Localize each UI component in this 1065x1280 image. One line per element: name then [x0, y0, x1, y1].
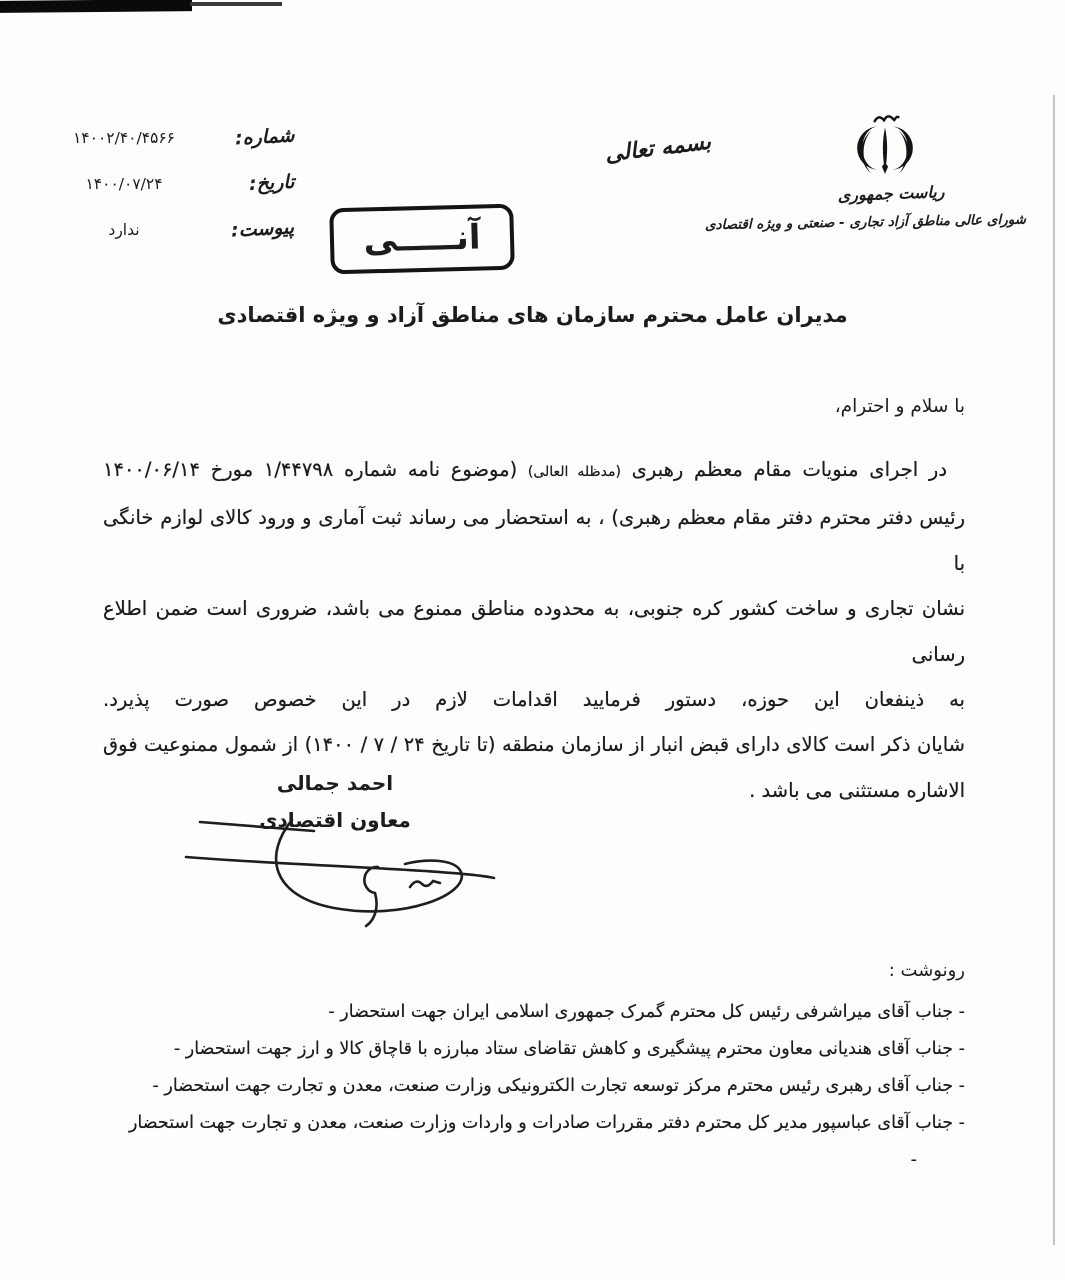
cc-item-continuation: -	[95, 1142, 965, 1179]
number-value: ۱۴۰۰۲/۴۰/۴۵۶۶	[58, 129, 190, 147]
org-line2: شورای عالی مناطق آزاد تجاری - صنعتی و وی…	[756, 212, 1026, 233]
cc-heading: رونوشت :	[889, 960, 965, 981]
body-line-1-small: (مدظله العالی)	[528, 464, 621, 480]
cc-item: - جناب آقای میراشرفی رئیس کل محترم گمرک …	[95, 994, 965, 1031]
date-label: تاریخ:	[248, 171, 294, 195]
letter-body: در اجرای منویات مقام معظم رهبری (مدظله ا…	[103, 447, 965, 813]
signer-name: احمد جمالی	[215, 771, 455, 795]
meta-row-date: تاریخ: ۱۴۰۰/۰۷/۲۴	[58, 172, 294, 218]
letterhead-org: ریاست جمهوری شورای عالی مناطق آزاد تجاری…	[756, 184, 1026, 230]
body-line-1: در اجرای منویات مقام معظم رهبری (مدظله ا…	[103, 447, 965, 495]
body-line-2: رئیس دفتر محترم دفتر مقام معظم رهبری) ، …	[103, 495, 965, 586]
iran-emblem-icon	[852, 112, 918, 180]
scan-artifact-edge-line	[1053, 95, 1055, 1245]
cc-list: - جناب آقای میراشرفی رئیس کل محترم گمرک …	[95, 994, 965, 1179]
number-label: شماره:	[234, 124, 294, 149]
scan-artifact-top-bar	[0, 0, 192, 13]
letter-meta: شماره: ۱۴۰۰۲/۴۰/۴۵۶۶ تاریخ: ۱۴۰۰/۰۷/۲۴ پ…	[58, 126, 294, 264]
attachment-label: پیوست:	[230, 216, 294, 241]
attachment-value: ندارد	[58, 221, 190, 239]
salutation: با سلام و احترام،	[835, 396, 965, 417]
body-line-1-post: (موضوع نامه شماره ۱/۴۴۷۹۸ مورخ ۱۴۰۰/۰۶/۱…	[103, 458, 528, 481]
letter-page: ریاست جمهوری شورای عالی مناطق آزاد تجاری…	[0, 0, 1065, 1280]
cc-item: - جناب آقای عباسپور مدیر کل محترم دفتر م…	[95, 1105, 965, 1142]
date-value: ۱۴۰۰/۰۷/۲۴	[58, 175, 190, 193]
body-line-5: شایان ذکر است کالای دارای قبض انبار از س…	[103, 722, 965, 767]
urgent-stamp: آنـــــی	[329, 204, 515, 275]
meta-row-number: شماره: ۱۴۰۰۲/۴۰/۴۵۶۶	[58, 126, 294, 172]
handwritten-signature-icon	[172, 796, 502, 931]
cc-item: - جناب آقای رهبری رئیس محترم مرکز توسعه …	[95, 1068, 965, 1105]
body-line-3: نشان تجاری و ساخت کشور کره جنوبی، به محد…	[103, 586, 965, 677]
cc-item: - جناب آقای هندیانی معاون محترم پیشگیری …	[95, 1031, 965, 1068]
org-line1: ریاست جمهوری	[756, 179, 1026, 207]
body-line-4: به ذینفعان این حوزه، دستور فرمایید اقدام…	[103, 677, 965, 722]
bismillah-text: بسمه تعالی	[587, 128, 729, 170]
body-line-1-pre: در اجرای منویات مقام معظم رهبری	[621, 458, 947, 481]
scan-artifact-top-line	[190, 2, 282, 6]
recipient-line: مدیران عامل محترم سازمان های مناطق آزاد …	[0, 303, 1065, 327]
meta-row-attachment: پیوست: ندارد	[58, 218, 294, 264]
